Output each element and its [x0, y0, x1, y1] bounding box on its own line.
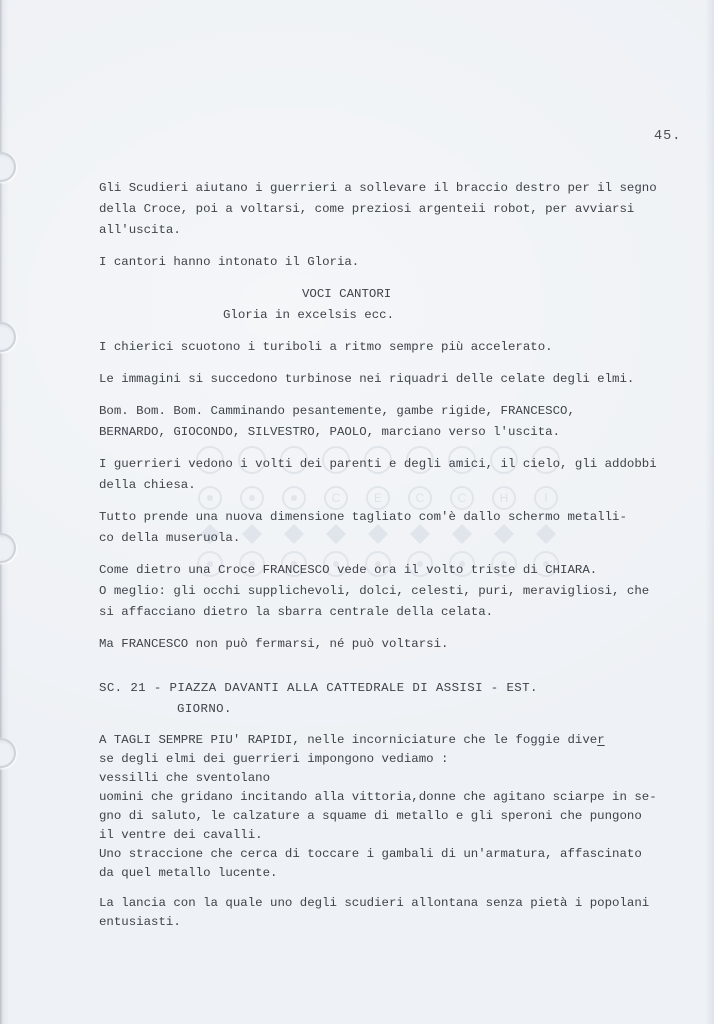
punch-hole-mark: [0, 322, 16, 352]
page-number: 45.: [654, 129, 681, 144]
dialogue-cue: VOCI CANTORI Gloria in excelsis ecc.: [99, 284, 681, 326]
text-line: Ma FRANCESCO non può fermarsi, né può vo…: [99, 634, 681, 655]
text-line: O meglio: gli occhi supplichevoli, dolci…: [99, 581, 681, 602]
action-paragraph-5: Bom. Bom. Bom. Camminando pesantemente, …: [99, 401, 681, 443]
text-line: il ventre dei cavalli.: [99, 826, 681, 845]
action-paragraph-2: I cantori hanno intonato il Gloria.: [99, 252, 681, 273]
scene-heading-line: SC. 21 - PIAZZA DAVANTI ALLA CATTEDRALE …: [99, 678, 681, 699]
text-line: della Croce, poi a voltarsi, come prezio…: [99, 199, 681, 220]
action-paragraph-9: Ma FRANCESCO non può fermarsi, né può vo…: [99, 634, 681, 655]
text-line: co della museruola.: [99, 528, 681, 549]
text-line: Tutto prende una nuova dimensione taglia…: [99, 507, 681, 528]
text-line: della chiesa.: [99, 475, 681, 496]
text-line: I chierici scuotono i turiboli a ritmo s…: [99, 337, 681, 358]
text-line: si affacciano dietro la sbarra centrale …: [99, 602, 681, 623]
character-name: VOCI CANTORI: [302, 284, 681, 305]
text-line: BERNARDO, GIOCONDO, SILVESTRO, PAOLO, ma…: [99, 422, 681, 443]
action-paragraph-10: A TAGLI SEMPRE PIU' RAPIDI, nelle incorn…: [99, 731, 681, 883]
action-paragraph-4: Le immagini si succedono turbinose nei r…: [99, 369, 681, 390]
scene-heading-line: GIORNO.: [177, 699, 681, 720]
text-line: A TAGLI SEMPRE PIU' RAPIDI, nelle incorn…: [99, 731, 681, 750]
text-line: vessilli che sventolano: [99, 769, 681, 788]
scene-heading: SC. 21 - PIAZZA DAVANTI ALLA CATTEDRALE …: [99, 678, 681, 720]
text-line: Bom. Bom. Bom. Camminando pesantemente, …: [99, 401, 681, 422]
text-line: se degli elmi dei guerrieri impongono ve…: [99, 750, 681, 769]
punch-hole-mark: [0, 738, 16, 768]
action-paragraph-11: La lancia con la quale uno degli scudier…: [99, 894, 681, 932]
underlined-character: r: [597, 733, 604, 747]
text-segment: A TAGLI SEMPRE PIU' RAPIDI, nelle incorn…: [99, 733, 597, 747]
action-paragraph-7: Tutto prende una nuova dimensione taglia…: [99, 507, 681, 549]
punch-hole-mark: [0, 533, 16, 563]
text-line: I cantori hanno intonato il Gloria.: [99, 252, 681, 273]
action-paragraph-8: Come dietro una Croce FRANCESCO vede ora…: [99, 560, 681, 623]
text-line: Le immagini si succedono turbinose nei r…: [99, 369, 681, 390]
text-line: Come dietro una Croce FRANCESCO vede ora…: [99, 560, 681, 581]
action-paragraph-3: I chierici scuotono i turiboli a ritmo s…: [99, 337, 681, 358]
text-line: da quel metallo lucente.: [99, 864, 681, 883]
page-content: Gli Scudieri aiutano i guerrieri a solle…: [99, 178, 681, 943]
action-paragraph-6: I guerrieri vedono i volti dei parenti e…: [99, 454, 681, 496]
punch-hole-mark: [0, 152, 16, 182]
text-line: La lancia con la quale uno degli scudier…: [99, 894, 681, 913]
dialogue-line: Gloria in excelsis ecc.: [223, 305, 681, 326]
text-line: entusiasti.: [99, 913, 681, 932]
text-line: I guerrieri vedono i volti dei parenti e…: [99, 454, 681, 475]
scanned-script-page: C E C C H I 45. Gli Scudieri aiutano i g…: [0, 0, 714, 1024]
action-paragraph-1: Gli Scudieri aiutano i guerrieri a solle…: [99, 178, 681, 241]
text-line: Gli Scudieri aiutano i guerrieri a solle…: [99, 178, 681, 199]
text-line: all'uscita.: [99, 220, 681, 241]
text-line: gno di saluto, le calzature a squame di …: [99, 807, 681, 826]
text-line: uomini che gridano incitando alla vittor…: [99, 788, 681, 807]
text-line: Uno straccione che cerca di toccare i ga…: [99, 845, 681, 864]
